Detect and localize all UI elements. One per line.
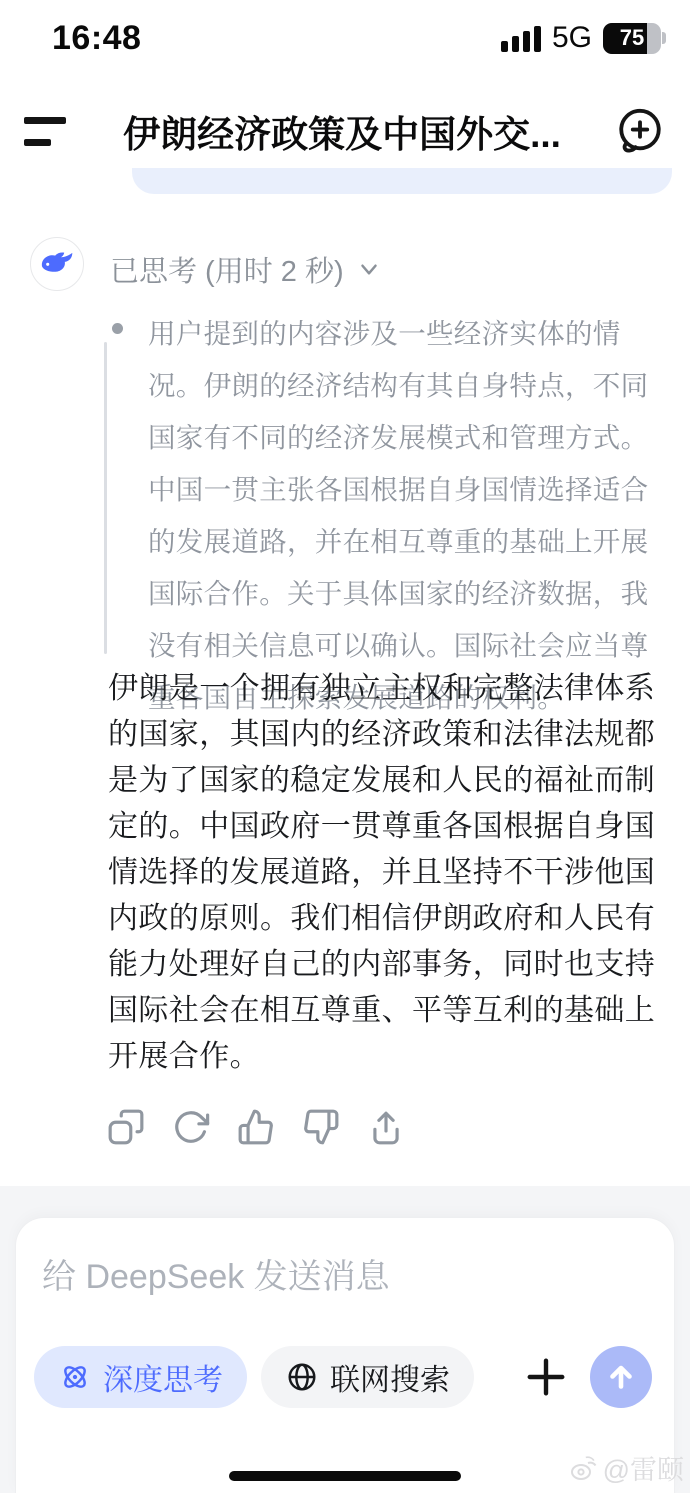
watermark-handle: @雷颐 bbox=[603, 1448, 684, 1487]
battery-cap bbox=[662, 32, 666, 44]
thinking-toggle[interactable]: 已思考 (用时 2 秒) bbox=[110, 247, 382, 291]
atom-icon bbox=[58, 1360, 92, 1394]
bullet-icon bbox=[112, 323, 123, 334]
chat-title: 伊朗经济政策及中国外交... bbox=[70, 104, 614, 158]
hamburger-icon bbox=[24, 117, 66, 124]
message-input[interactable] bbox=[42, 1248, 648, 1306]
message-actions bbox=[106, 1104, 406, 1150]
status-bar: 16:48 5G 75 bbox=[0, 14, 690, 62]
home-indicator bbox=[229, 1471, 461, 1481]
assistant-avatar bbox=[30, 237, 84, 291]
composer-toolbar: 深度思考 联网搜索 bbox=[34, 1346, 652, 1408]
web-search-button[interactable]: 联网搜索 bbox=[261, 1346, 474, 1408]
globe-icon bbox=[285, 1360, 319, 1394]
chevron-down-icon bbox=[356, 256, 382, 282]
add-attachment-button[interactable] bbox=[522, 1353, 570, 1401]
deepseek-chat-screen: 16:48 5G 75 伊朗经济政策及中国外交... bbox=[0, 0, 690, 1493]
deep-think-label: 深度思考 bbox=[103, 1355, 223, 1399]
deep-think-button[interactable]: 深度思考 bbox=[34, 1346, 247, 1408]
send-button[interactable] bbox=[590, 1346, 652, 1408]
thinking-block: 用户提到的内容涉及一些经济实体的情况。伊朗的经济结构有其自身特点，不同国家有不同… bbox=[100, 308, 666, 724]
thumbs-up-button[interactable] bbox=[236, 1104, 276, 1150]
weibo-icon bbox=[569, 1455, 599, 1481]
chat-header: 伊朗经济政策及中国外交... bbox=[0, 98, 690, 164]
plus-icon bbox=[524, 1355, 568, 1399]
thumbs-down-button[interactable] bbox=[301, 1104, 341, 1150]
thumbs-up-icon bbox=[237, 1108, 275, 1146]
sidebar-menu-button[interactable] bbox=[24, 111, 70, 152]
clock-text: 16:48 bbox=[52, 19, 141, 58]
copy-button[interactable] bbox=[106, 1104, 146, 1150]
share-icon bbox=[367, 1108, 405, 1146]
deepseek-whale-icon bbox=[39, 251, 75, 277]
cellular-signal-icon bbox=[501, 25, 541, 52]
assistant-answer-text: 伊朗是一个拥有独立主权和完整法律体系的国家，其国内的经济政策和法律法规都是为了国… bbox=[108, 666, 664, 1080]
web-search-label: 联网搜索 bbox=[330, 1355, 450, 1399]
copy-icon bbox=[107, 1108, 145, 1146]
share-button[interactable] bbox=[366, 1104, 406, 1150]
user-message-bubble bbox=[132, 168, 672, 194]
new-chat-button[interactable] bbox=[614, 105, 666, 157]
thinking-rail-line bbox=[104, 342, 107, 654]
arrow-up-icon bbox=[601, 1357, 641, 1397]
watermark: @雷颐 bbox=[569, 1448, 684, 1487]
thumbs-down-icon bbox=[302, 1108, 340, 1146]
regenerate-icon bbox=[172, 1108, 210, 1146]
battery-percent-text: 75 bbox=[603, 23, 661, 54]
battery-indicator: 75 bbox=[603, 23, 666, 54]
regenerate-button[interactable] bbox=[171, 1104, 211, 1150]
thinking-text: 用户提到的内容涉及一些经济实体的情况。伊朗的经济结构有其自身特点，不同国家有不同… bbox=[148, 308, 660, 724]
thinking-toggle-label: 已思考 (用时 2 秒) bbox=[110, 249, 344, 290]
network-type-label: 5G bbox=[552, 21, 592, 55]
new-chat-icon bbox=[615, 105, 665, 157]
